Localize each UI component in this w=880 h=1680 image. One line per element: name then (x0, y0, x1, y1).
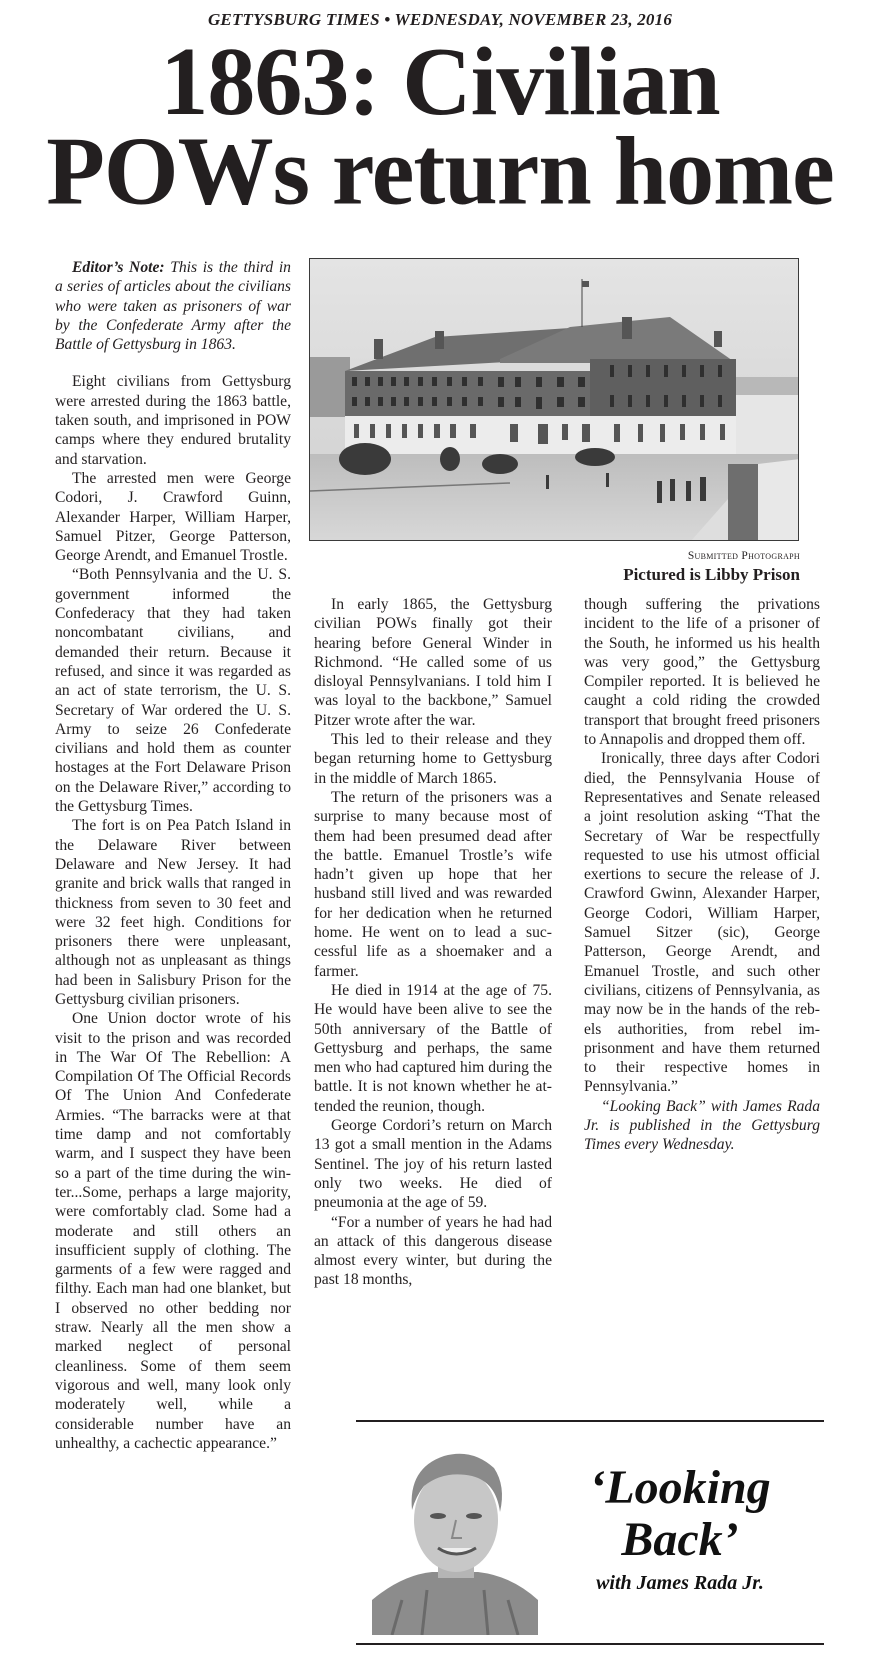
paragraph: George Cordori’s return on March 13 got … (314, 1116, 552, 1212)
article-column-1: Editor’s Note: This is the third in a se… (55, 258, 291, 1453)
headline: 1863: Civilian POWs return home (0, 36, 880, 216)
paragraph: This led to their release and they began… (314, 730, 552, 788)
paragraph: He died in 1914 at the age of 75. He wou… (314, 981, 552, 1116)
paragraph: though suffering the privations incident… (584, 595, 820, 749)
paragraph: The arrested men were George Codori, J. … (55, 469, 291, 565)
divider-bottom (356, 1643, 824, 1645)
author-headshot-image (372, 1440, 538, 1635)
headline-line-1: 1863: Civilian (0, 36, 880, 126)
column-tagline: “Looking Back” with James Rada Jr. is pu… (584, 1097, 820, 1155)
article-column-2: In early 1865, the Gettysburg civilian P… (314, 595, 552, 1290)
libby-prison-photo (309, 258, 799, 541)
paragraph: In early 1865, the Gettysburg civilian P… (314, 595, 552, 730)
author-portrait (372, 1440, 538, 1635)
column-title: ‘Looking Back’ (560, 1462, 800, 1566)
column-byline: with James Rada Jr. (560, 1572, 800, 1595)
paragraph: One Union doctor wrote of his visit to t… (55, 1009, 291, 1453)
divider-top (356, 1420, 824, 1422)
paragraph: Eight civilians from Gettys­burg were ar… (55, 372, 291, 468)
headline-line-2: POWs return home (0, 126, 880, 216)
photo-caption: Pictured is Libby Prison (623, 565, 800, 585)
prison-building-image (310, 259, 799, 541)
paragraph: “Both Pennsylvania and the U. S. governm… (55, 565, 291, 816)
paragraph: The return of the prisoners was a surpri… (314, 788, 552, 981)
paragraph: The fort is on Pea Patch Is­land in the … (55, 816, 291, 1009)
paragraph: “For a number of years he had had an att… (314, 1213, 552, 1290)
editors-note: Editor’s Note: This is the third in a se… (55, 258, 291, 354)
column-title-line-2: Back’ (560, 1514, 800, 1566)
article-column-3: though suffering the privations incident… (584, 595, 820, 1155)
column-title-line-1: ‘Looking (560, 1462, 800, 1514)
paragraph: Ironically, three days after Codori died… (584, 749, 820, 1096)
editors-note-label: Editor’s Note: (72, 259, 165, 276)
photo-credit: Submitted Photograph (688, 550, 800, 562)
